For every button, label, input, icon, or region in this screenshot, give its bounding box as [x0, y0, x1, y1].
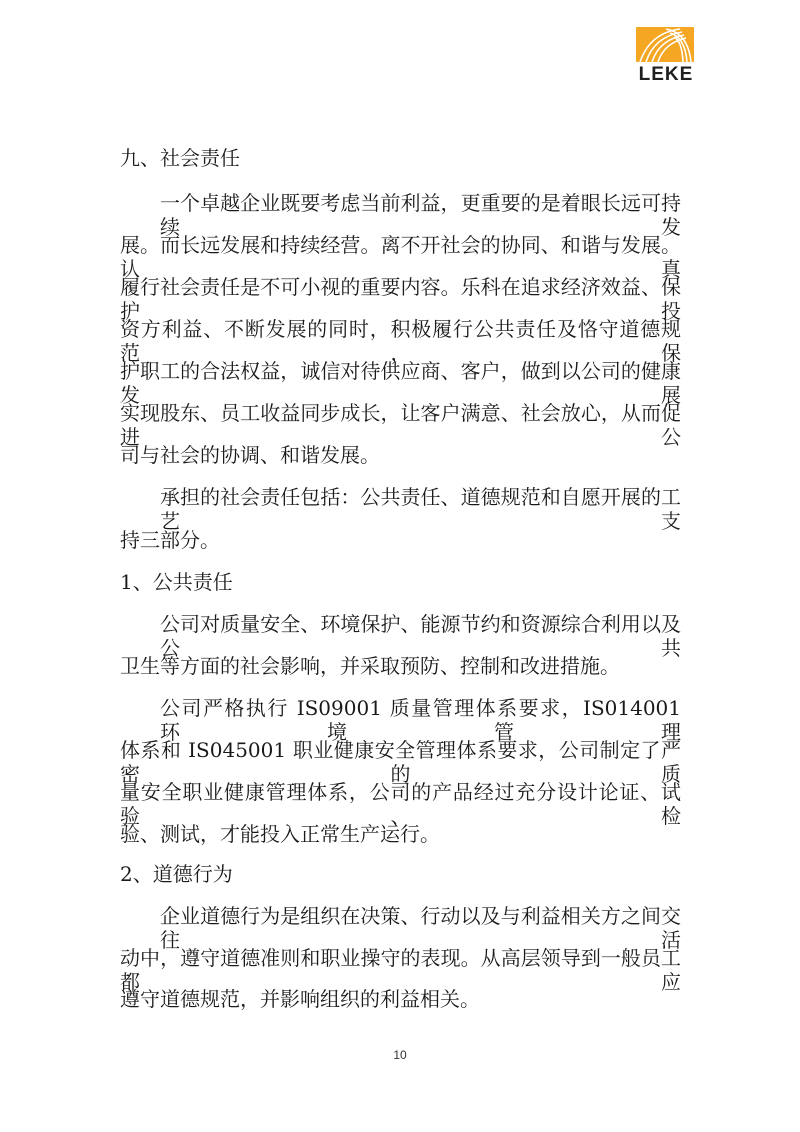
paragraph-line: 展。而长远发展和持续经营。离不开社会的协同、和谐与发展。认真 — [120, 233, 681, 281]
paragraph-line: 体系和 IS045001 职业健康安全管理体系要求，公司制定了严密的质 — [120, 738, 681, 786]
paragraph-line: 一个卓越企业既要考虑当前利益，更重要的是着眼长远可持续发 — [160, 191, 681, 239]
subsection-title: 2、道德行为 — [120, 862, 681, 886]
company-logo: LEKE — [636, 27, 696, 87]
paragraph-line: 履行社会责任是不可小视的重要内容。乐科在追求经济效益、保护投 — [120, 275, 681, 323]
paragraph-line: 持三部分。 — [120, 528, 681, 552]
paragraph-line: 护职工的合法权益，诚信对待供应商、客户，做到以公司的健康发展 — [120, 359, 681, 407]
page-number: 10 — [0, 1048, 800, 1062]
paragraph-line: 公司严格执行 IS09001 质量管理体系要求，IS014001 环境管理 — [160, 696, 681, 744]
section-title: 九、社会责任 — [120, 146, 681, 170]
paragraph-line: 遵守道德规范，并影响组织的利益相关。 — [120, 987, 681, 1011]
paragraph-line: 实现股东、员工收益同步成长，让客户满意、社会放心，从而促进公 — [120, 401, 681, 449]
paragraph-line: 量安全职业健康管理体系，公司的产品经过充分设计论证、试验、检 — [120, 780, 681, 828]
subsection-title: 1、公共责任 — [120, 570, 681, 594]
paragraph-line: 承担的社会责任包括：公共责任、道德规范和自愿开展的工艺支 — [160, 485, 681, 533]
logo-arc-icon — [636, 27, 694, 62]
logo-text: LEKE — [636, 65, 696, 85]
paragraph-line: 企业道德行为是组织在决策、行动以及与利益相关方之间交往活 — [160, 904, 681, 952]
paragraph-line: 卫生等方面的社会影响，并采取预防、控制和改进措施。 — [120, 654, 681, 678]
paragraph-line: 公司对质量安全、环境保护、能源节约和资源综合利用以及公共 — [160, 612, 681, 660]
paragraph-line: 资方利益、不断发展的同时，积极履行公共责任及恪守道德规范，保 — [120, 317, 681, 365]
paragraph-line: 验、测试，才能投入正常生产运行。 — [120, 822, 681, 846]
paragraph-line: 司与社会的协调、和谐发展。 — [120, 443, 681, 467]
